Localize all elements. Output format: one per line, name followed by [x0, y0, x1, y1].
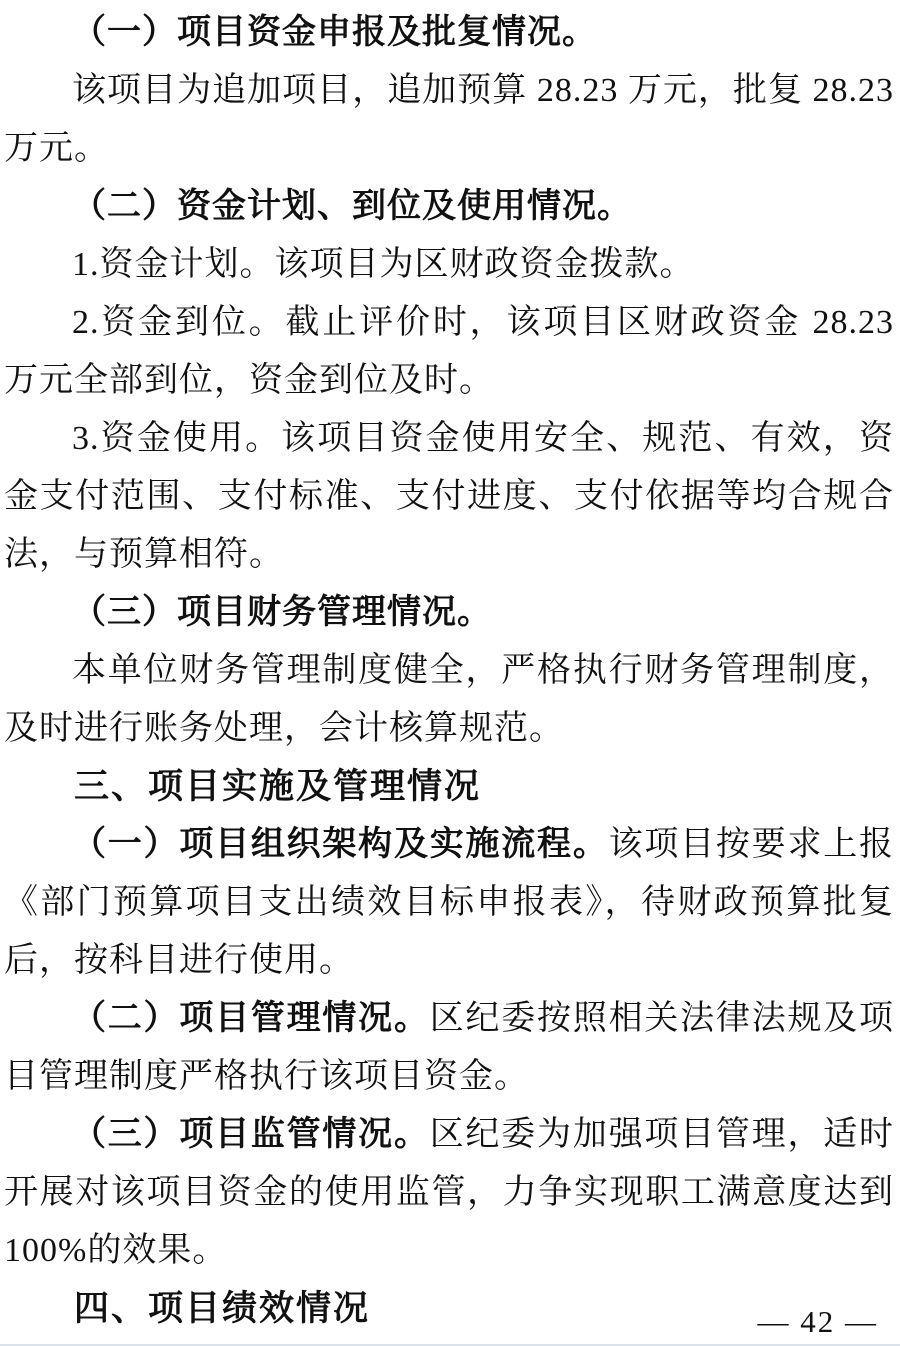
- paragraph-project-supervision-lead: （三）项目监管情况。: [72, 1116, 430, 1153]
- section-heading-implementation-management-text: 三、项目实施及管理情况: [74, 767, 481, 806]
- paragraph-fund-plan: 1.资金计划。该项目为区财政资金拨款。: [4, 236, 894, 294]
- paragraph-fund-arrival: 2.资金到位。截止评价时，该项目区财政资金 28.23 万元全部到位，资金到位及…: [4, 294, 894, 410]
- paragraph-financial-management-detail: 本单位财务管理制度健全，严格执行财务管理制度，及时进行账务处理，会计核算规范。: [4, 642, 894, 758]
- paragraph-text: 1.资金计划。该项目为区财政资金拨款。: [72, 246, 695, 283]
- paragraph-project-management-lead: （二）项目管理情况。: [72, 1000, 430, 1037]
- paragraph-text: 3.资金使用。该项目资金使用安全、规范、有效，资金支付范围、支付标准、支付进度、…: [4, 420, 894, 573]
- subheading-fund-plan-usage: （二）资金计划、到位及使用情况。: [4, 178, 894, 236]
- subheading-financial-management: （三）项目财务管理情况。: [4, 584, 894, 642]
- document-page: （一）项目资金申报及批复情况。 该项目为追加项目，追加预算 28.23 万元，批…: [0, 0, 900, 1346]
- section-heading-project-performance-text: 四、项目绩效情况: [74, 1289, 370, 1328]
- subheading-fund-plan-usage-text: （二）资金计划、到位及使用情况。: [72, 188, 632, 225]
- section-heading-implementation-management: 三、项目实施及管理情况: [4, 758, 894, 816]
- paragraph-project-supervision: （三）项目监管情况。区纪委为加强项目管理，适时开展对该项目资金的使用监管，力争实…: [4, 1106, 894, 1280]
- paragraph-text: 该项目为追加项目，追加预算 28.23 万元，批复 28.23 万元。: [4, 72, 894, 167]
- subheading-financial-management-text: （三）项目财务管理情况。: [72, 594, 492, 631]
- subheading-fund-application: （一）项目资金申报及批复情况。: [4, 4, 894, 62]
- paragraph-organization-structure-lead: （一）项目组织架构及实施流程。: [72, 826, 609, 863]
- paragraph-fund-application-detail: 该项目为追加项目，追加预算 28.23 万元，批复 28.23 万元。: [4, 62, 894, 178]
- paragraph-text: 2.资金到位。截止评价时，该项目区财政资金 28.23 万元全部到位，资金到位及…: [4, 304, 894, 399]
- subheading-fund-application-text: （一）项目资金申报及批复情况。: [72, 14, 597, 51]
- page-number: — 42 —: [758, 1304, 879, 1340]
- paragraph-project-management: （二）项目管理情况。区纪委按照相关法律法规及项目管理制度严格执行该项目资金。: [4, 990, 894, 1106]
- paragraph-organization-structure: （一）项目组织架构及实施流程。该项目按要求上报《部门预算项目支出绩效目标申报表》…: [4, 816, 894, 990]
- paragraph-fund-usage: 3.资金使用。该项目资金使用安全、规范、有效，资金支付范围、支付标准、支付进度、…: [4, 410, 894, 584]
- paragraph-text: 本单位财务管理制度健全，严格执行财务管理制度，及时进行账务处理，会计核算规范。: [4, 652, 894, 747]
